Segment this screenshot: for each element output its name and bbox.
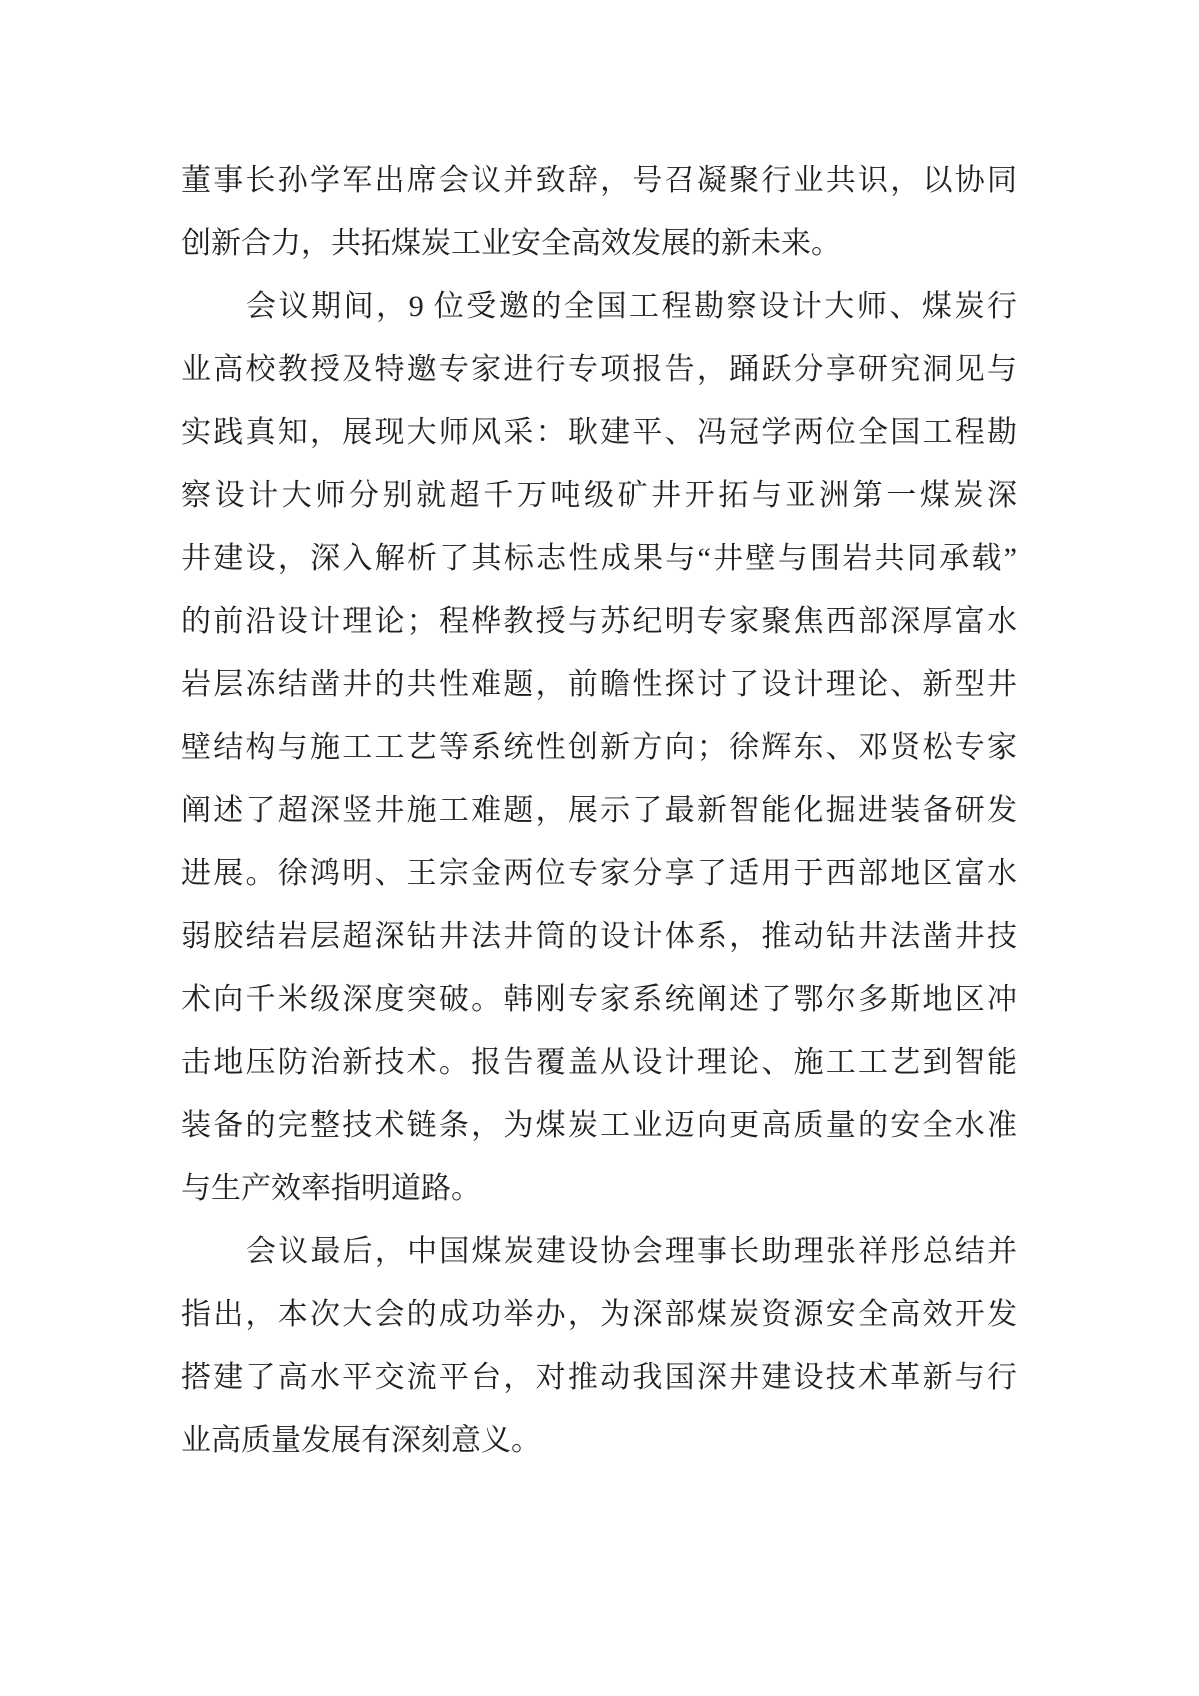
document-page: 董事长孙学军出席会议并致辞，号召凝聚行业共识，以协同创新合力，共拓煤炭工业安全高… [0,0,1199,1696]
text-line: 阐述了超深竖井施工难题，展示了最新智能化掘进装备研发 [181,779,1017,842]
text-line: 会议期间，9 位受邀的全国工程勘察设计大师、煤炭行 [181,275,1017,338]
text-line: 的前沿设计理论；程桦教授与苏纪明专家聚焦西部深厚富水 [181,590,1017,653]
text-line: 装备的完整技术链条，为煤炭工业迈向更高质量的安全水准 [181,1094,1017,1157]
text-line: 创新合力，共拓煤炭工业安全高效发展的新未来。 [181,212,1017,275]
text-line: 察设计大师分别就超千万吨级矿井开拓与亚洲第一煤炭深 [181,464,1017,527]
text-line: 井建设，深入解析了其标志性成果与“井壁与围岩共同承载” [181,527,1017,590]
paragraph: 会议期间，9 位受邀的全国工程勘察设计大师、煤炭行业高校教授及特邀专家进行专项报… [181,275,1017,1220]
text-line: 董事长孙学军出席会议并致辞，号召凝聚行业共识，以协同 [181,149,1017,212]
text-line: 弱胶结岩层超深钻井法井筒的设计体系，推动钻井法凿井技 [181,905,1017,968]
text-line: 实践真知，展现大师风采：耿建平、冯冠学两位全国工程勘 [181,401,1017,464]
text-line: 搭建了高水平交流平台，对推动我国深井建设技术革新与行 [181,1346,1017,1409]
paragraph: 会议最后，中国煤炭建设协会理事长助理张祥彤总结并指出，本次大会的成功举办，为深部… [181,1220,1017,1472]
text-line: 壁结构与施工工艺等系统性创新方向；徐辉东、邓贤松专家 [181,716,1017,779]
text-line: 进展。徐鸿明、王宗金两位专家分享了适用于西部地区富水 [181,842,1017,905]
text-line: 岩层冻结凿井的共性难题，前瞻性探讨了设计理论、新型井 [181,653,1017,716]
text-line: 业高质量发展有深刻意义。 [181,1409,1017,1472]
paragraph: 董事长孙学军出席会议并致辞，号召凝聚行业共识，以协同创新合力，共拓煤炭工业安全高… [181,149,1017,275]
text-line: 指出，本次大会的成功举办，为深部煤炭资源安全高效开发 [181,1283,1017,1346]
text-line: 术向千米级深度突破。韩刚专家系统阐述了鄂尔多斯地区冲 [181,968,1017,1031]
text-line: 与生产效率指明道路。 [181,1157,1017,1220]
text-line: 击地压防治新技术。报告覆盖从设计理论、施工工艺到智能 [181,1031,1017,1094]
text-line: 会议最后，中国煤炭建设协会理事长助理张祥彤总结并 [181,1220,1017,1283]
text-line: 业高校教授及特邀专家进行专项报告，踊跃分享研究洞见与 [181,338,1017,401]
document-body: 董事长孙学军出席会议并致辞，号召凝聚行业共识，以协同创新合力，共拓煤炭工业安全高… [181,149,1017,1472]
